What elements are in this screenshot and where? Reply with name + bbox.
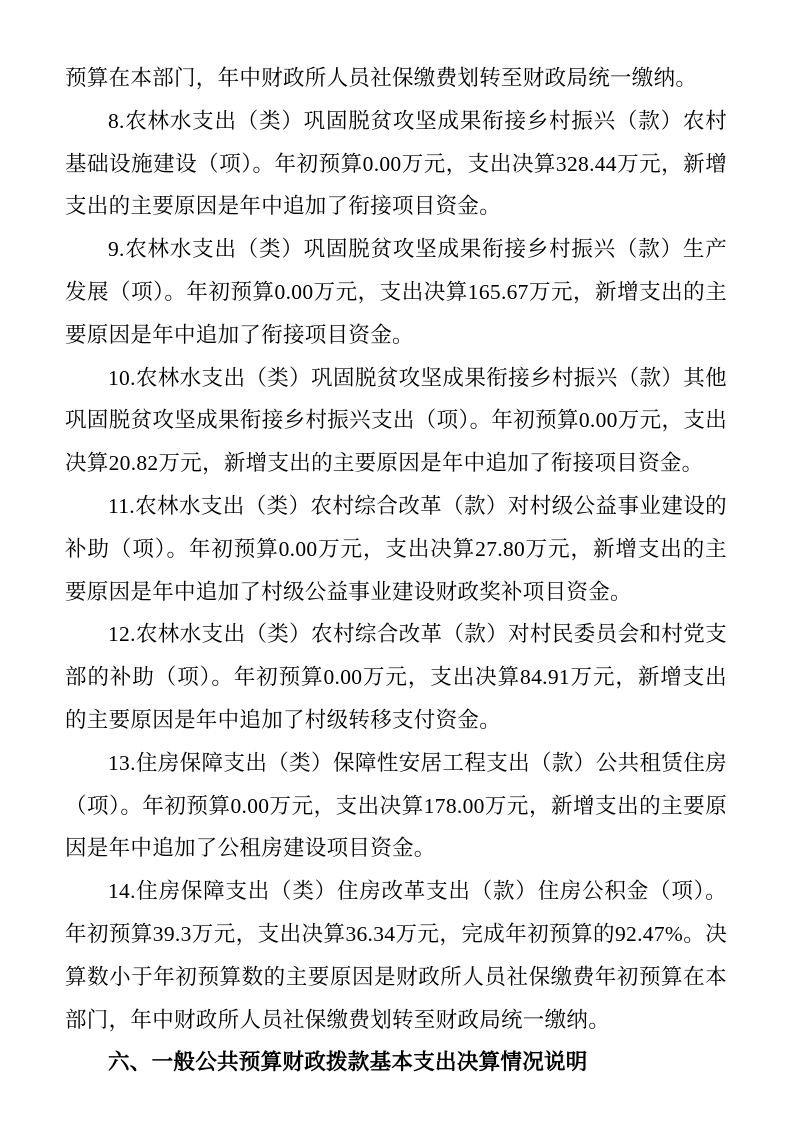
paragraph-continuation: 预算在本部门，年中财政所人员社保缴费划转至财政局统一缴纳。 [65,57,727,100]
paragraph-item-11: 11.农林水支出（类）农村综合改革（款）对村级公益事业建设的补助（项）。年初预算… [65,485,727,613]
paragraph-item-10: 10.农林水支出（类）巩固脱贫攻坚成果衔接乡村振兴（款）其他巩固脱贫攻坚成果衔接… [65,357,727,485]
document-page: 预算在本部门，年中财政所人员社保缴费划转至财政局统一缴纳。 8.农林水支出（类）… [0,0,793,1122]
paragraph-item-13: 13.住房保障支出（类）保障性安居工程支出（款）公共租赁住房（项）。年初预算0.… [65,742,727,870]
paragraph-item-14: 14.住房保障支出（类）住房改革支出（款）住房公积金（项）。年初预算39.3万元… [65,870,727,1041]
section-heading: 六、一般公共预算财政拨款基本支出决算情况说明 [65,1041,727,1084]
paragraph-item-8: 8.农林水支出（类）巩固脱贫攻坚成果衔接乡村振兴（款）农村基础设施建设（项）。年… [65,100,727,228]
paragraph-item-9: 9.农林水支出（类）巩固脱贫攻坚成果衔接乡村振兴（款）生产发展（项）。年初预算0… [65,228,727,356]
paragraph-item-12: 12.农林水支出（类）农村综合改革（款）对村民委员会和村党支部的补助（项）。年初… [65,613,727,741]
